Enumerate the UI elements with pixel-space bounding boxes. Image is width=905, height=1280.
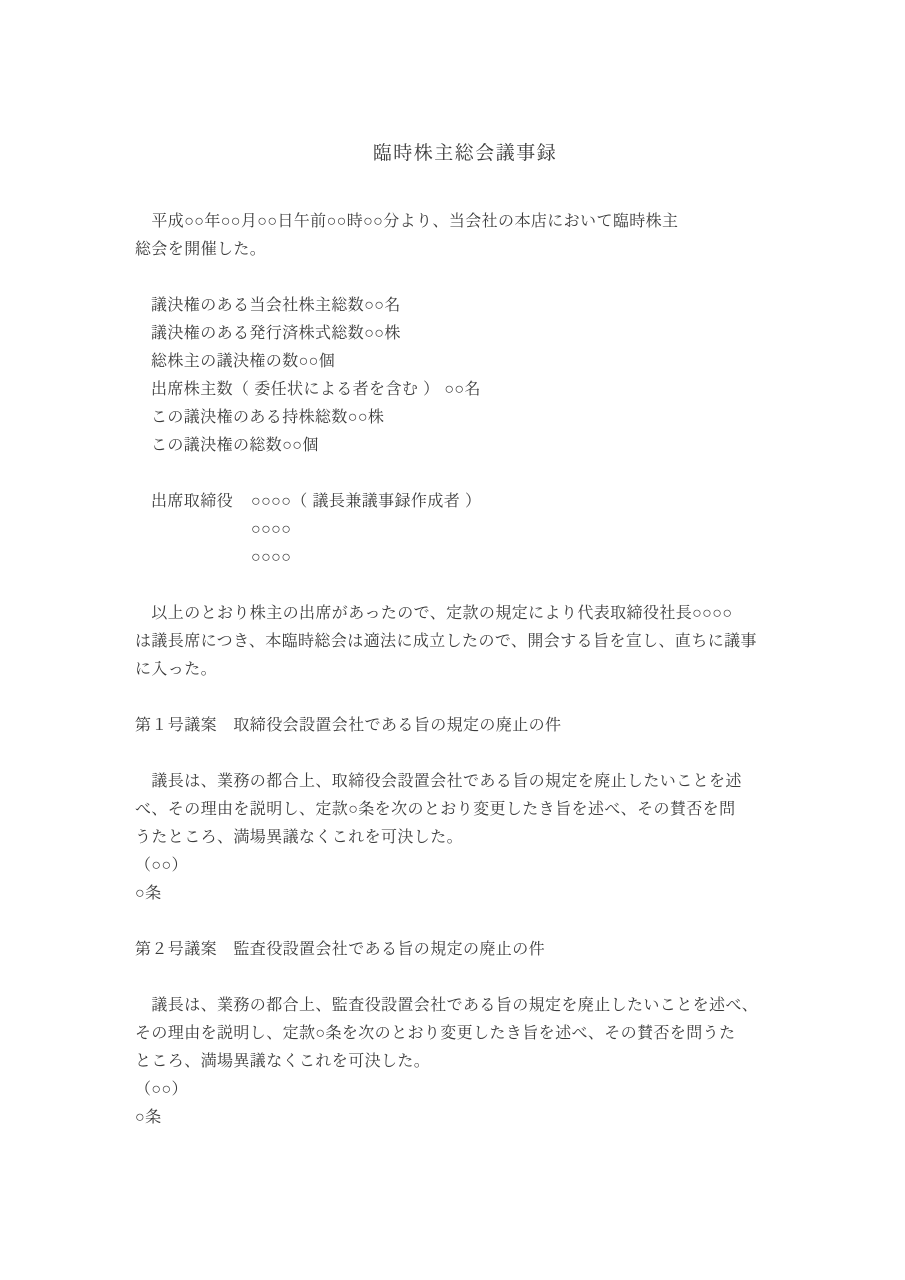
agenda1-body: 議長は、業務の都合上、取締役会設置会社である旨の規定を廃止したいことを述 べ、そ…	[135, 768, 795, 908]
quorum-paragraph: 以上のとおり株主の出席があったので、定款の規定により代表取締役社長○○○○ は議…	[135, 600, 795, 684]
director-name: ○○○○	[251, 544, 481, 572]
attendance-item: この議決権のある持株総数○○株	[135, 404, 795, 432]
paragraph-line: ところ、満場異議なくこれを可決した。	[135, 1048, 795, 1076]
attendance-item: 議決権のある当会社株主総数○○名	[135, 292, 795, 320]
director-name: ○○○○（ 議長兼議事録作成者 ）	[251, 488, 481, 516]
paragraph-line: その理由を説明し、定款○条を次のとおり変更したき旨を述べ、その賛否を問うた	[135, 1020, 795, 1048]
agenda2-body: 議長は、業務の都合上、監査役設置会社である旨の規定を廃止したいことを述べ、 その…	[135, 992, 795, 1132]
attendance-list: 議決権のある当会社株主総数○○名 議決権のある発行済株式総数○○株 総株主の議決…	[135, 292, 795, 460]
spacer	[135, 740, 795, 768]
document-title: 臨時株主総会議事録	[135, 140, 795, 168]
spacer	[135, 460, 795, 488]
paragraph-line: に入った。	[135, 656, 795, 684]
paragraph-line: 議長は、業務の都合上、取締役会設置会社である旨の規定を廃止したいことを述	[135, 768, 795, 796]
paragraph-line: うたところ、満場異議なくこれを可決した。	[135, 824, 795, 852]
paragraph-line: は議長席につき、本臨時総会は適法に成立したので、開会する旨を宣し、直ちに議事	[135, 628, 795, 656]
agenda2-note: （○○）	[135, 1076, 795, 1104]
spacer	[135, 964, 795, 992]
director-name: ○○○○	[251, 516, 481, 544]
paragraph-line: 議長は、業務の都合上、監査役設置会社である旨の規定を廃止したいことを述べ、	[135, 992, 795, 1020]
directors-label: 出席取締役	[151, 488, 233, 516]
opening-paragraph: 平成○○年○○月○○日午前○○時○○分より、当会社の本店において臨時株主 総会を…	[135, 208, 795, 264]
agenda2-article: ○条	[135, 1104, 795, 1132]
attendance-item: この議決権の総数○○個	[135, 432, 795, 460]
paragraph-line: 平成○○年○○月○○日午前○○時○○分より、当会社の本店において臨時株主	[135, 208, 795, 236]
paragraph-line: べ、その理由を説明し、定款○条を次のとおり変更したき旨を述べ、その賛否を問	[135, 796, 795, 824]
attendance-item: 総株主の議決権の数○○個	[135, 348, 795, 376]
directors-names: ○○○○（ 議長兼議事録作成者 ） ○○○○ ○○○○	[251, 488, 481, 572]
attendance-item: 議決権のある発行済株式総数○○株	[135, 320, 795, 348]
document-page: 臨時株主総会議事録 平成○○年○○月○○日午前○○時○○分より、当会社の本店にお…	[0, 0, 905, 1280]
agenda1-heading: 第１号議案 取締役会設置会社である旨の規定の廃止の件	[135, 712, 795, 740]
attending-directors-block: 出席取締役 ○○○○（ 議長兼議事録作成者 ） ○○○○ ○○○○	[135, 488, 795, 572]
paragraph-line: 総会を開催した。	[135, 236, 795, 264]
agenda1-note: （○○）	[135, 852, 795, 880]
attendance-item: 出席株主数（ 委任状による者を含む ） ○○名	[135, 376, 795, 404]
spacer	[135, 264, 795, 292]
spacer	[135, 908, 795, 936]
paragraph-line: 以上のとおり株主の出席があったので、定款の規定により代表取締役社長○○○○	[135, 600, 795, 628]
spacer	[135, 572, 795, 600]
spacer	[135, 684, 795, 712]
agenda2-heading: 第２号議案 監査役設置会社である旨の規定の廃止の件	[135, 936, 795, 964]
agenda1-article: ○条	[135, 880, 795, 908]
